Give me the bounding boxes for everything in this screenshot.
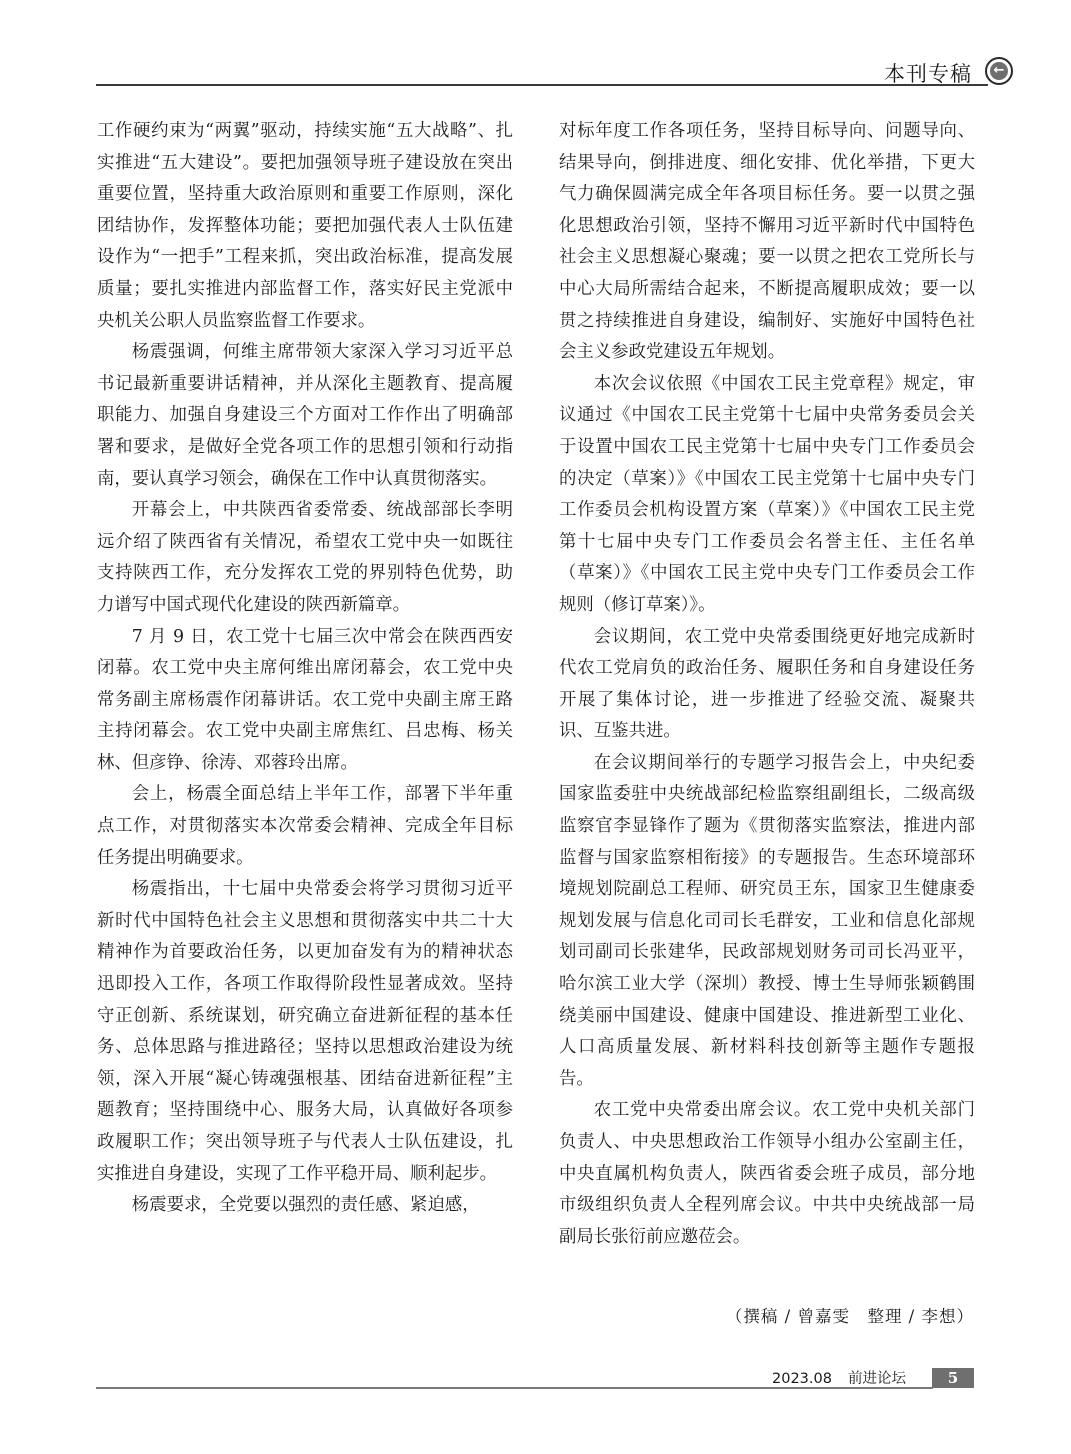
paragraph: 工作硬约束为“两翼”驱动，持续实施“五大战略”、扎实推进“五大建设”。要把加强领… — [97, 116, 513, 337]
issue-date: 2023.08 — [772, 1371, 832, 1387]
back-arrow-circle-icon: ← — [985, 57, 1013, 85]
paragraph: 会上，杨震全面总结上半年工作，部署下半年重点工作，对贯彻落实本次常委会精神、完成… — [97, 779, 513, 874]
paragraph: 杨震强调，何维主席带领大家深入学习习近平总书记最新重要讲话精神，并从深化主题教育… — [97, 337, 513, 495]
paragraph: 对标年度工作各项任务，坚持目标导向、问题导向、结果导向，倒排进度、细化安排、优化… — [559, 116, 975, 369]
header-divider — [96, 84, 988, 86]
paragraph: 7 月 9 日，农工党十七届三次中常会在陕西西安闭幕。农工党中央主席何维出席闭幕… — [97, 622, 513, 780]
paragraph: 开幕会上，中共陕西省委常委、统战部部长李明远介绍了陕西省有关情况，希望农工党中央… — [97, 495, 513, 621]
paragraph: 会议期间，农工党中央常委围绕更好地完成新时代农工党肩负的政治任务、履职任务和自身… — [559, 622, 975, 748]
footer-info: 2023.08前进论坛 — [772, 1367, 906, 1388]
left-column: 工作硬约束为“两翼”驱动，持续实施“五大战略”、扎实推进“五大建设”。要把加强领… — [97, 116, 513, 1222]
byline: （撰稿 / 曾嘉雯 整理 / 李想） — [700, 1303, 974, 1327]
page-number: 5 — [932, 1368, 974, 1388]
paragraph: 在会议期间举行的专题学习报告会上，中央纪委国家监委驻中央统战部纪检监察组副组长，… — [559, 748, 975, 1096]
right-column: 对标年度工作各项任务，坚持目标导向、问题导向、结果导向，倒排进度、细化安排、优化… — [559, 116, 975, 1253]
publication-name: 前进论坛 — [848, 1371, 906, 1387]
paragraph: 本次会议依照《中国农工民主党章程》规定，审议通过《中国农工民主党第十七届中央常务… — [559, 369, 975, 622]
paragraph: 杨震指出，十七届中央常委会将学习贯彻习近平新时代中国特色社会主义思想和贯彻落实中… — [97, 874, 513, 1190]
paragraph: 杨震要求，全党要以强烈的责任感、紧迫感， — [97, 1190, 513, 1222]
paragraph: 农工党中央常委出席会议。农工党中央机关部门负责人、中央思想政治工作领导小组办公室… — [559, 1095, 975, 1253]
